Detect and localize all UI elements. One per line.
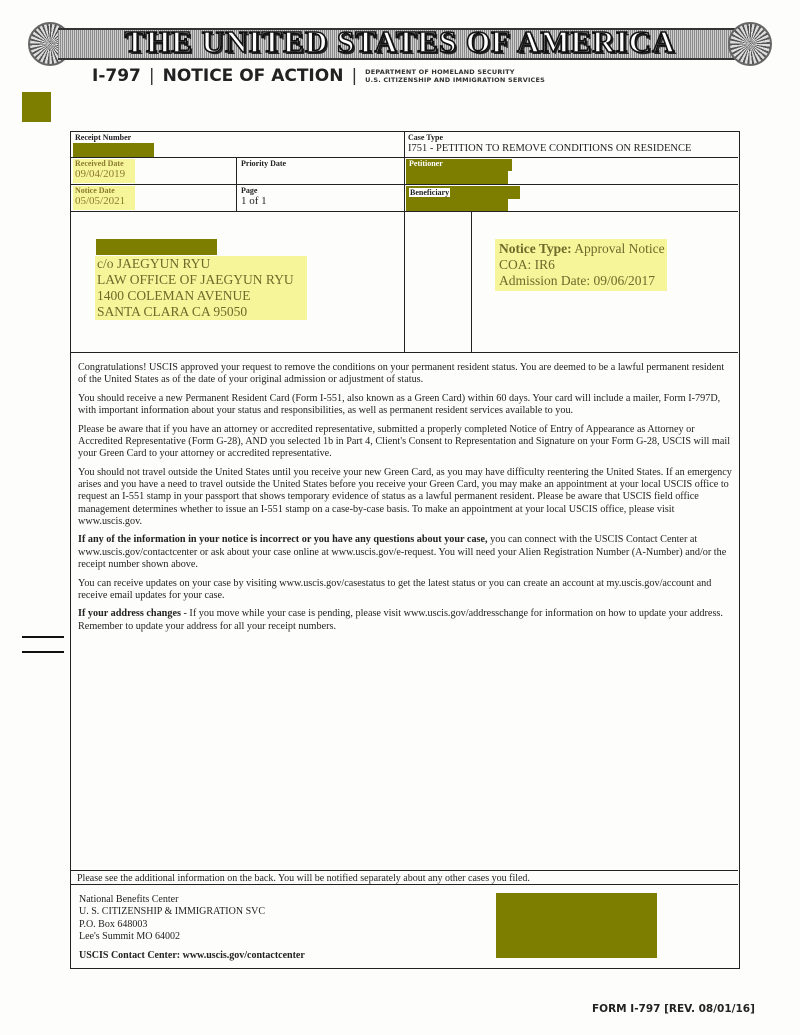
service-center-address: National Benefits Center U. S. CITIZENSH… (79, 894, 265, 943)
notice-date-field: Notice Date 05/05/2021 (75, 186, 125, 207)
body-paragraph: Congratulations! USCIS approved your req… (78, 362, 734, 386)
beneficiary-label: Beneficiary (409, 188, 450, 197)
body-bold-lead: If your address changes (78, 608, 181, 619)
case-type-label: Case Type (408, 133, 691, 142)
rosette-ornament-icon (728, 22, 772, 66)
margin-mark (22, 636, 64, 638)
divider (71, 870, 738, 871)
notice-date-label: Notice Date (75, 186, 125, 195)
case-type-field: Case Type I751 - PETITION TO REMOVE COND… (408, 133, 691, 154)
coa: COA: IR6 (499, 257, 665, 273)
margin-mark (22, 651, 64, 653)
notice-body: Congratulations! USCIS approved your req… (78, 362, 734, 639)
form-number: I-797 (92, 66, 141, 86)
received-date-field: Received Date 09/04/2019 (75, 159, 125, 180)
beneficiary-redacted (406, 199, 508, 211)
body-paragraph: If your address changes - If you move wh… (78, 608, 734, 632)
header-separator: | (149, 66, 155, 86)
notice-type: Notice Type: Approval Notice (499, 241, 665, 257)
body-paragraph: You should receive a new Permanent Resid… (78, 393, 734, 417)
admission-date: Admission Date: 09/06/2017 (499, 273, 665, 289)
divider (471, 211, 472, 352)
notice-date-value: 05/05/2021 (75, 195, 125, 207)
barcode-redacted (496, 893, 657, 958)
form-title: NOTICE OF ACTION (163, 66, 344, 86)
case-type-value: I751 - PETITION TO REMOVE CONDITIONS ON … (408, 143, 691, 154)
body-paragraph: Please be aware that if you have an atto… (78, 424, 734, 461)
petitioner-label: Petitioner (409, 159, 443, 168)
additional-info-note: Please see the additional information on… (77, 873, 530, 884)
petitioner-field: Petitioner (409, 159, 443, 168)
address-line: SANTA CLARA CA 95050 (97, 304, 294, 320)
receipt-number-redacted (73, 143, 154, 157)
received-date-value: 09/04/2019 (75, 168, 125, 180)
divider (71, 884, 738, 885)
banner-title: THE UNITED STATES OF AMERICA (58, 24, 742, 60)
mailing-address: c/o JAEGYUN RYU LAW OFFICE OF JAEGYUN RY… (97, 256, 294, 320)
address-line: LAW OFFICE OF JAEGYUN RYU (97, 272, 294, 288)
address-line: c/o JAEGYUN RYU (97, 256, 294, 272)
beneficiary-field: Beneficiary (409, 188, 450, 197)
office-line: P.O. Box 648003 (79, 919, 265, 931)
office-line: National Benefits Center (79, 894, 265, 906)
priority-date-field: Priority Date (241, 159, 286, 168)
body-paragraph: You should not travel outside the United… (78, 467, 734, 528)
office-line: U. S. CITIZENSHIP & IMMIGRATION SVC (79, 906, 265, 918)
department-name: DEPARTMENT OF HOMELAND SECURITY U.S. CIT… (365, 68, 545, 84)
agency-line: U.S. CITIZENSHIP AND IMMIGRATION SERVICE… (365, 76, 545, 84)
priority-date-label: Priority Date (241, 159, 286, 168)
form-revision: FORM I-797 [REV. 08/01/16] (592, 1003, 755, 1015)
header-separator: | (351, 66, 357, 86)
received-date-label: Received Date (75, 159, 125, 168)
body-paragraph: If any of the information in your notice… (78, 534, 734, 571)
petitioner-redacted (406, 171, 508, 184)
form-header: I-797 | NOTICE OF ACTION | DEPARTMENT OF… (92, 66, 545, 86)
notice-type-label: Notice Type: (499, 241, 572, 256)
page-value: 1 of 1 (241, 195, 267, 207)
notice-info: Notice Type: Approval Notice COA: IR6 Ad… (499, 241, 665, 289)
contact-center: USCIS Contact Center: www.uscis.gov/cont… (79, 950, 305, 961)
notice-type-value: Approval Notice (574, 241, 664, 256)
divider (236, 157, 237, 211)
body-bold-lead: If any of the information in your notice… (78, 534, 488, 545)
address-line: 1400 COLEMAN AVENUE (97, 288, 294, 304)
divider (71, 352, 738, 353)
office-line: Lee's Summit MO 64002 (79, 931, 265, 943)
body-paragraph: You can receive updates on your case by … (78, 578, 734, 602)
page-label: Page (241, 186, 267, 195)
page-field: Page 1 of 1 (241, 186, 267, 207)
receipt-number-field: Receipt Number (75, 133, 131, 142)
redaction-block (22, 92, 51, 122)
department-line: DEPARTMENT OF HOMELAND SECURITY (365, 68, 545, 76)
banner: THE UNITED STATES OF AMERICA (28, 22, 772, 62)
receipt-number-label: Receipt Number (75, 133, 131, 142)
divider (404, 132, 405, 352)
addressee-redacted (96, 239, 217, 255)
